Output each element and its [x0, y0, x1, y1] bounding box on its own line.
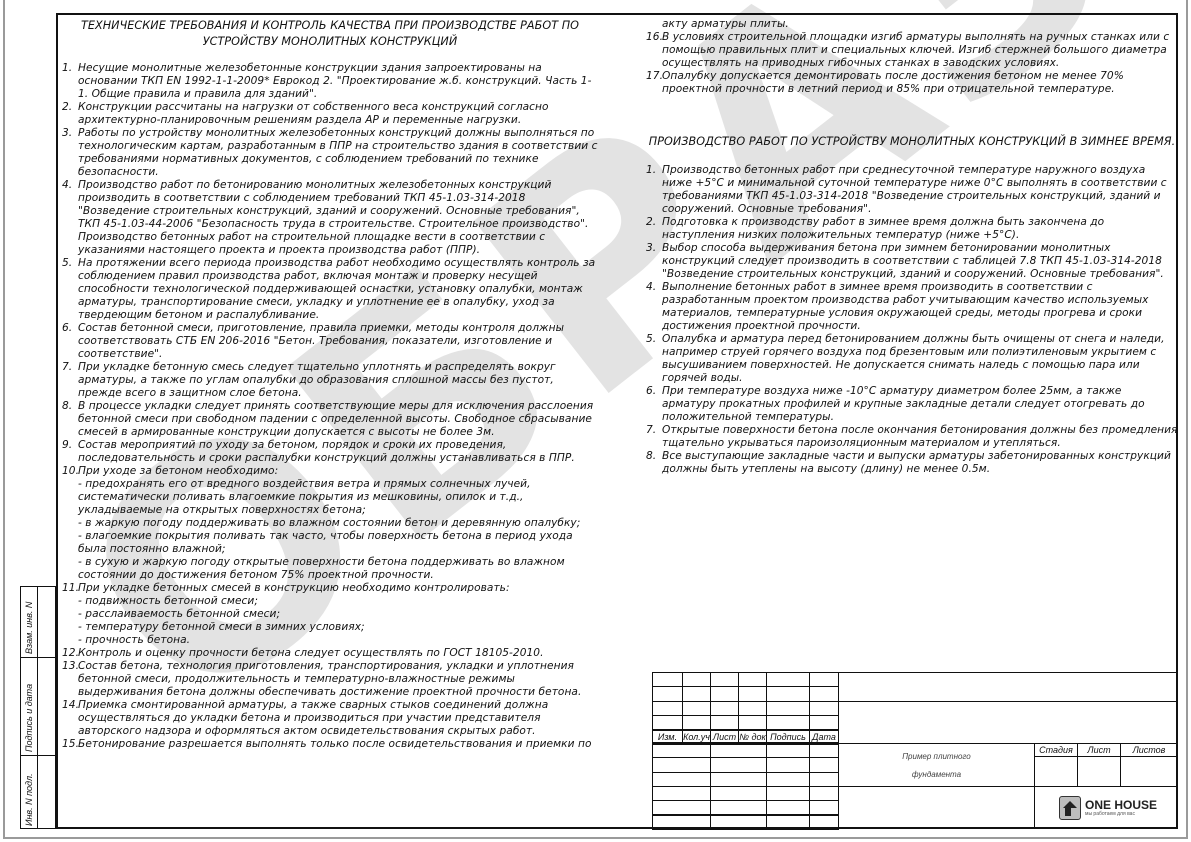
list-item: 7.При укладке бетонную смесь следует тща… [62, 361, 598, 400]
list-item: 10.При уходе за бетоном необходимо:- пре… [62, 465, 598, 582]
revision-cell [682, 672, 711, 687]
signature-cell [766, 800, 810, 815]
item-text: При укладке бетонных смесей в конструкци… [78, 582, 510, 594]
revision-header-2: Лист [710, 729, 739, 744]
side-stamp-row-1 [20, 586, 56, 658]
revision-header-1: Кол.уч [682, 729, 711, 744]
sub-item: - прочность бетона. [78, 634, 598, 647]
list-item: 15.Бетонирование разрешается выполнять т… [62, 738, 598, 751]
list-item: 12.Контроль и оценку прочности бетона сл… [62, 647, 598, 660]
list-item: 1.Несущие монолитные железобетонные конс… [62, 62, 598, 101]
revision-cell [738, 686, 767, 702]
signature-cell [766, 815, 810, 830]
document-title: ТЕХНИЧЕСКИЕ ТРЕБОВАНИЯ И КОНТРОЛЬ КАЧЕСТ… [62, 18, 598, 50]
company-tagline: мы работаем для вас [1085, 811, 1157, 818]
item-text: Контроль и оценку прочности бетона следу… [78, 647, 544, 659]
item-number: 6. [646, 385, 656, 398]
list-item: 7.Открытые поверхности бетона после окон… [646, 424, 1178, 450]
company-logo: ONE HOUSE мы работаем для вас [1059, 796, 1157, 820]
signature-cell [710, 786, 767, 801]
requirements-left-column: ТЕХНИЧЕСКИЕ ТРЕБОВАНИЯ И КОНТРОЛЬ КАЧЕСТ… [62, 18, 598, 751]
title-line-2: УСТРОЙСТВУ МОНОЛИТНЫХ КОНСТРУКЦИЙ [62, 34, 598, 50]
sub-item: - подвижность бетонной смеси; [78, 595, 598, 608]
revision-cell [682, 686, 711, 702]
item-number: 8. [646, 450, 656, 463]
drawing-title-line-2: фундамента [839, 766, 1034, 784]
requirements-right-column: акту арматуры плиты. 16.В условиях строи… [646, 18, 1178, 476]
item-text: Состав бетона, технология приготовления,… [78, 660, 581, 698]
signature-cell [710, 772, 767, 787]
list-item: 5.Опалубка и арматура перед бетонировани… [646, 333, 1178, 385]
revision-cell [652, 686, 683, 702]
list-item: 2.Подготовка к производству работ в зимн… [646, 216, 1178, 242]
side-stamp-row-2 [20, 657, 56, 756]
item-text: Состав бетонной смеси, приготовление, пр… [78, 322, 564, 360]
company-logo-cell: ONE HOUSE мы работаем для вас [1034, 786, 1178, 829]
signature-cell [766, 743, 810, 758]
sheet-label: Лист [1077, 743, 1121, 757]
requirements-list: 1.Несущие монолитные железобетонные конс… [62, 62, 598, 751]
list-item: 3.Выбор способа выдерживания бетона при … [646, 242, 1178, 281]
item-text: При уходе за бетоном необходимо: [78, 465, 278, 477]
signature-cell [766, 786, 810, 801]
revision-header-5: Дата [809, 729, 839, 744]
list-item: 11.При укладке бетонных смесей в констру… [62, 582, 598, 647]
signature-cell [710, 743, 767, 758]
sub-item: - в сухую и жаркую погоду открытые повер… [78, 556, 598, 582]
sheet-value [1077, 756, 1121, 787]
item-number: 3. [646, 242, 656, 255]
stage-label: Стадия [1034, 743, 1078, 757]
item-number: 3. [62, 127, 72, 140]
item-number: 7. [62, 361, 72, 374]
organization-cell [838, 786, 1035, 829]
item-text: При укладке бетонную смесь следует тщате… [78, 361, 556, 399]
revision-header-3: № док [738, 729, 767, 744]
signature-cell [809, 757, 839, 772]
item-number: 13. [62, 660, 79, 673]
item-number: 5. [646, 333, 656, 346]
sub-item: - температуру бетонной смеси в зимних ус… [78, 621, 598, 634]
signature-cell [652, 772, 711, 787]
signature-cell [652, 800, 711, 815]
revision-header-0: Изм. [652, 729, 683, 744]
winter-section-title: ПРОИЗВОДСТВО РАБОТ ПО УСТРОЙСТВУ МОНОЛИТ… [646, 134, 1178, 150]
drawing-title-line-1: Пример плитного [839, 748, 1034, 766]
signature-cell [652, 815, 711, 830]
item-text: Опалубка и арматура перед бетонированием… [662, 333, 1165, 384]
list-item: 2.Конструкции рассчитаны на нагрузки от … [62, 101, 598, 127]
list-item: 17.Опалубку допускается демонтировать по… [646, 70, 1178, 96]
revision-cell [738, 672, 767, 687]
item-text: Производство работ по бетонированию моно… [78, 179, 588, 256]
item-text: Несущие монолитные железобетонные констр… [78, 62, 591, 100]
revision-cell [710, 701, 739, 716]
item-number: 1. [62, 62, 72, 75]
revision-cell [766, 701, 810, 716]
list-item: 8.Все выступающие закладные части и выпу… [646, 450, 1178, 476]
list-item: 13.Состав бетона, технология приготовлен… [62, 660, 598, 699]
item-text: Производство бетонных работ при среднесу… [662, 164, 1167, 215]
list-item: 1.Производство бетонных работ при средне… [646, 164, 1178, 216]
item-number: 4. [646, 281, 656, 294]
list-item: 4.Производство работ по бетонированию мо… [62, 179, 598, 257]
revision-cell [652, 701, 683, 716]
item-text: При температуре воздуха ниже -10°С армат… [662, 385, 1145, 423]
item-number: 4. [62, 179, 72, 192]
item-text: В условиях строительной площадки изгиб а… [662, 31, 1169, 69]
signature-cell [809, 772, 839, 787]
revision-cell [766, 686, 810, 702]
item-number: 14. [62, 699, 79, 712]
signature-cell [809, 743, 839, 758]
house-icon [1059, 796, 1081, 820]
list-item: 8.В процессе укладки следует принять соо… [62, 400, 598, 439]
item-number: 2. [646, 216, 656, 229]
list-item: 9.Состав мероприятий по уходу за бетоном… [62, 439, 598, 465]
item-text: Все выступающие закладные части и выпуск… [662, 450, 1171, 475]
item-number: 9. [62, 439, 72, 452]
revision-header-4: Подпись [766, 729, 810, 744]
item-text: Подготовка к производству работ в зимнее… [662, 216, 1104, 241]
item-text: Приемка смонтированной арматуры, а также… [78, 699, 548, 737]
revision-cell [738, 701, 767, 716]
item-number: 12. [62, 647, 79, 660]
list-item: 6.При температуре воздуха ниже -10°С арм… [646, 385, 1178, 424]
revision-cell [652, 672, 683, 687]
requirements-list-continued: 16.В условиях строительной площадки изги… [646, 31, 1178, 96]
signature-cell [809, 815, 839, 830]
item-number: 5. [62, 257, 72, 270]
revision-cell [809, 701, 839, 716]
list-item: 14.Приемка смонтированной арматуры, а та… [62, 699, 598, 738]
signature-cell [652, 743, 711, 758]
item-number: 2. [62, 101, 72, 114]
title-block-project-cell [838, 701, 1178, 744]
item-text: Состав мероприятий по уходу за бетоном, … [78, 439, 575, 464]
item-text: Бетонирование разрешается выполнять толь… [78, 738, 591, 750]
title-block: Изм.Кол.учЛист№ докПодписьДата Пример пл… [652, 672, 1178, 829]
revision-cell [809, 686, 839, 702]
revision-cell [682, 701, 711, 716]
item-number: 17. [646, 70, 663, 83]
item-text: Конструкции рассчитаны на нагрузки от со… [78, 101, 549, 126]
list-item: 6.Состав бетонной смеси, приготовление, … [62, 322, 598, 361]
revision-cell [809, 672, 839, 687]
item-number: 6. [62, 322, 72, 335]
sub-item: - предохранять его от вредного воздейств… [78, 478, 598, 517]
item-text: Опалубку допускается демонтировать после… [662, 70, 1124, 95]
signature-cell [710, 757, 767, 772]
company-name: ONE HOUSE [1085, 799, 1157, 811]
signature-cell [809, 800, 839, 815]
sub-item: - в жаркую погоду поддерживать во влажно… [78, 517, 598, 530]
revision-cell [710, 686, 739, 702]
winter-requirements-list: 1.Производство бетонных работ при средне… [646, 164, 1178, 476]
revision-cell [766, 672, 810, 687]
list-item: 3.Работы по устройству монолитных железо… [62, 127, 598, 179]
revision-cell [710, 672, 739, 687]
drawing-title-cell: Пример плитного фундамента [838, 743, 1035, 787]
item-number: 15. [62, 738, 79, 751]
sheets-label: Листов [1120, 743, 1178, 757]
signature-cell [710, 815, 767, 830]
sub-item: - влагоемкие покрытия поливать так часто… [78, 530, 598, 556]
item-number: 10. [62, 465, 79, 478]
item-number: 11. [62, 582, 79, 595]
item-text: Выполнение бетонных работ в зимнее время… [662, 281, 1148, 332]
item-text: В процессе укладки следует принять соотв… [78, 400, 593, 438]
signature-cell [652, 757, 711, 772]
item-number: 8. [62, 400, 72, 413]
item-number: 7. [646, 424, 656, 437]
sub-item: - расслаиваемость бетонной смеси; [78, 608, 598, 621]
item-number: 1. [646, 164, 656, 177]
signature-cell [809, 786, 839, 801]
list-item: 16.В условиях строительной площадки изги… [646, 31, 1178, 70]
item-text: Работы по устройству монолитных железобе… [78, 127, 598, 178]
title-line-1: ТЕХНИЧЕСКИЕ ТРЕБОВАНИЯ И КОНТРОЛЬ КАЧЕСТ… [62, 18, 598, 34]
signature-cell [710, 800, 767, 815]
item-text: Открытые поверхности бетона после оконча… [662, 424, 1177, 449]
stage-value [1034, 756, 1078, 787]
item-number: 16. [646, 31, 663, 44]
list-item: 4.Выполнение бетонных работ в зимнее вре… [646, 281, 1178, 333]
list-item: 5.На протяжении всего периода производст… [62, 257, 598, 322]
signature-cell [652, 786, 711, 801]
item-text: На протяжении всего периода производства… [78, 257, 595, 321]
signature-cell [766, 757, 810, 772]
item-text: Выбор способа выдерживания бетона при зи… [662, 242, 1164, 280]
signature-cell [766, 772, 810, 787]
sheets-value [1120, 756, 1178, 787]
title-block-code-cell [838, 672, 1178, 702]
item-15-continuation: акту арматуры плиты. [646, 18, 1178, 31]
